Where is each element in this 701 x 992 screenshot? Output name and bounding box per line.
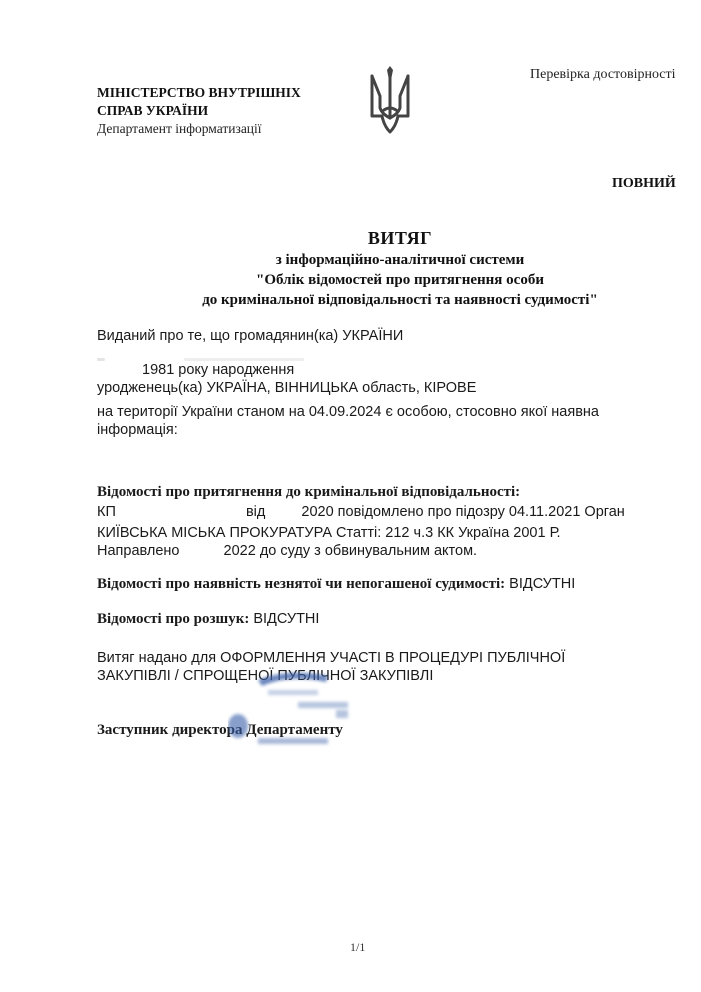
kp-prefix: КП xyxy=(97,504,116,520)
wanted-value: ВІДСУТНІ xyxy=(253,611,319,627)
status-line-cont: інформація: xyxy=(97,421,178,439)
verification-link[interactable]: Перевірка достовірності xyxy=(530,67,676,83)
trident-icon xyxy=(368,66,412,138)
line1-rest: 2020 повідомлено про підозру 04.11.2021 … xyxy=(301,504,624,520)
title-main: ВИТЯГ xyxy=(150,226,650,250)
conviction-value: ВІДСУТНІ xyxy=(509,576,575,592)
signatory-title: Заступник директора Департаменту xyxy=(97,722,343,739)
wanted-row: Відомості про розшук: ВІДСУТНІ xyxy=(97,610,319,628)
from-word: від xyxy=(246,504,265,520)
title-line-3: до кримінальної відповідальності та наяв… xyxy=(150,290,650,310)
birth-year-line: 1981 року народження xyxy=(142,361,294,379)
directed-word: Направлено xyxy=(97,543,179,559)
ministry-line-1: МІНІСТЕРСТВО ВНУТРІШНІХ xyxy=(97,84,301,102)
criminal-liability-line-1: КП від 2020 повідомлено про підозру 04.1… xyxy=(97,503,625,521)
purpose-line-1: Витяг надано для ОФОРМЛЕННЯ УЧАСТІ В ПРО… xyxy=(97,649,565,667)
conviction-label: Відомості про наявність незнятої чи непо… xyxy=(97,576,505,592)
department-name: Департамент інформатизації xyxy=(97,120,262,138)
line3-rest: 2022 до суду з обвинувальним актом. xyxy=(224,543,478,559)
redaction-mark xyxy=(97,358,105,361)
title-line-1: з інформаційно-аналітичної системи xyxy=(150,250,650,270)
criminal-liability-line-2: КИЇВСЬКА МІСЬКА ПРОКУРАТУРА Статті: 212 … xyxy=(97,524,561,542)
criminal-liability-line-3: Направлено 2022 до суду з обвинувальним … xyxy=(97,542,477,560)
title-line-2: "Облік відомостей про притягнення особи xyxy=(150,270,650,290)
conviction-row: Відомості про наявність незнятої чи непо… xyxy=(97,575,575,593)
extract-type-label: ПОВНИЙ xyxy=(612,176,676,192)
status-line: на території України станом на 04.09.202… xyxy=(97,403,599,421)
ministry-line-2: СПРАВ УКРАЇНИ xyxy=(97,102,301,120)
issued-line: Виданий про те, що громадянин(ка) УКРАЇН… xyxy=(97,327,403,345)
criminal-liability-label: Відомості про притягнення до кримінально… xyxy=(97,484,520,501)
page-number: 1/1 xyxy=(350,940,365,955)
ministry-name: МІНІСТЕРСТВО ВНУТРІШНІХ СПРАВ УКРАЇНИ xyxy=(97,84,301,120)
birthplace-line: уродженець(ка) УКРАЇНА, ВІННИЦЬКА област… xyxy=(97,379,476,397)
wanted-label: Відомості про розшук: xyxy=(97,611,249,627)
purpose-line-2: ЗАКУПІВЛІ / СПРОЩЕНОЇ ПУБЛІЧНОЇ ЗАКУПІВЛ… xyxy=(97,667,433,685)
document-title: ВИТЯГ з інформаційно-аналітичної системи… xyxy=(150,226,650,310)
